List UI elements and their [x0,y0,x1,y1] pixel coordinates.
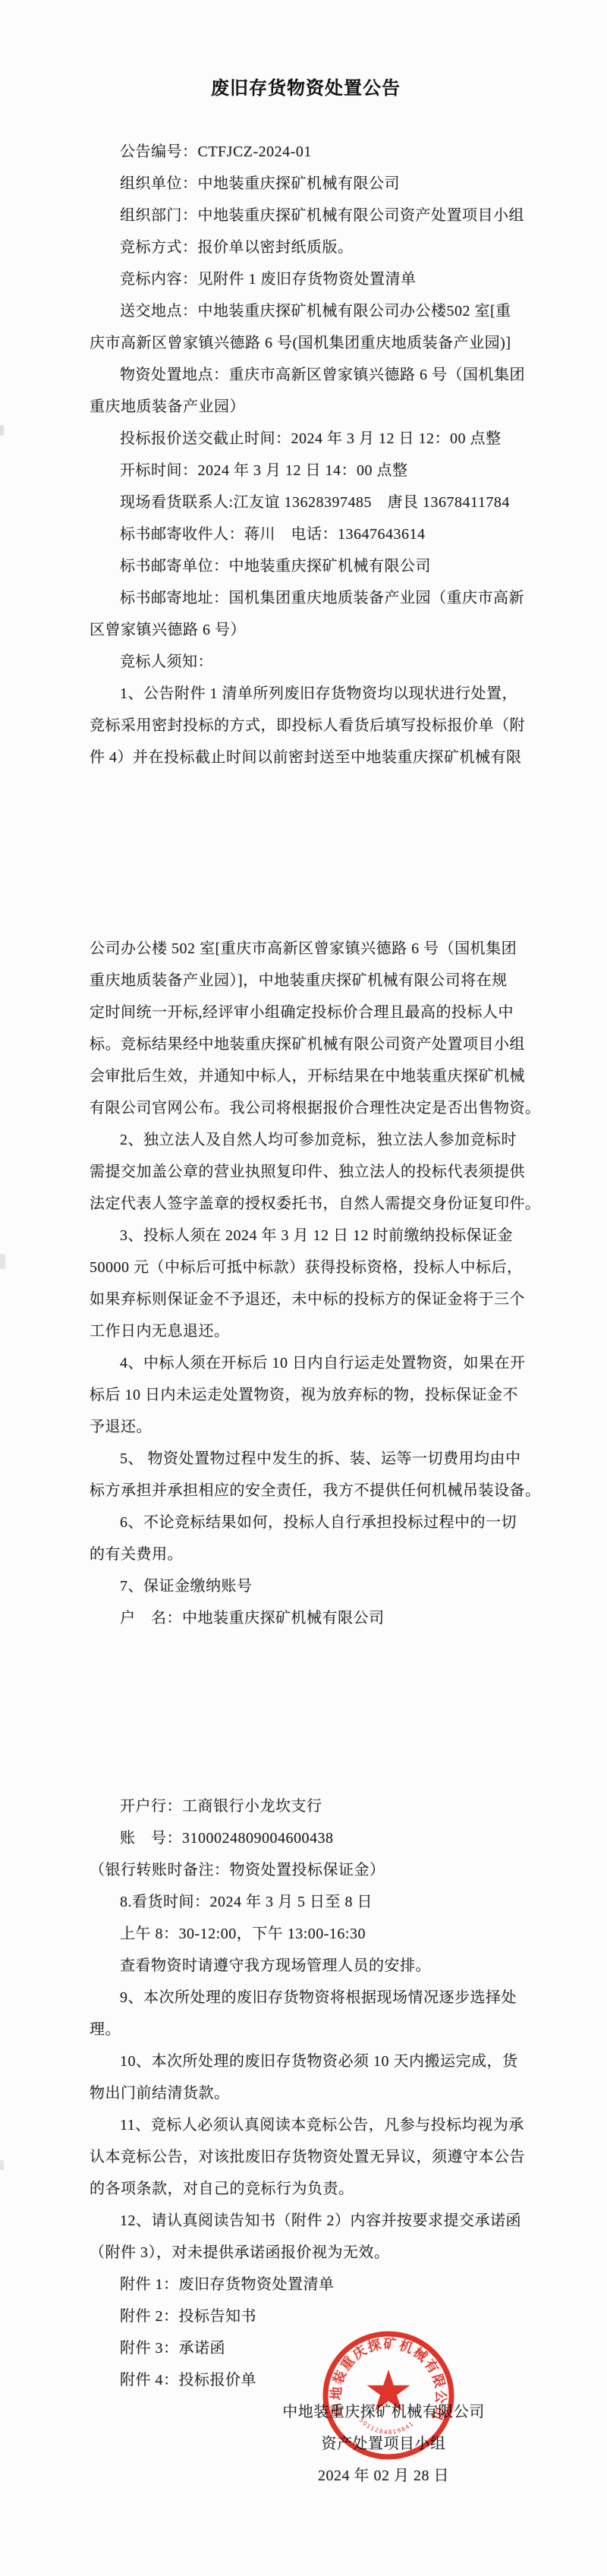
document-line: 竞标内容：见附件 1 废旧存货物资处置清单 [90,263,522,295]
document-title: 废旧存货物资处置公告 [90,73,522,105]
document-line: 重庆地质装备产业园） [90,391,522,423]
document-line: （银行转账时备注：物资处置投标保证金） [90,1854,522,1886]
signature-company: 中地装重庆探矿机械有限公司 [90,2396,522,2428]
document-line: 件 4）并在投标截止时间以前密封送至中地装重庆探矿机械有限 [90,742,522,773]
document-line: 竞标方式：报价单以密封纸质版。 [90,231,522,263]
document-line: 标书邮寄单位：中地装重庆探矿机械有限公司 [90,550,522,582]
document-line: 物出门前结清货款。 [90,2077,522,2109]
document-line: 物资处置地点：重庆市高新区曾家镇兴德路 6 号（国机集团 [90,359,522,391]
document-line: 公告编号：CTFJCZ-2024-01 [90,136,522,168]
seal-graphic: 中地装重庆探矿机械有限公司 5011284819841 [320,2330,457,2464]
document-line: 会审批后生效，并通知中标人，开标结果在中地装重庆探矿机械 [90,1060,522,1092]
document-line: 户 名：中地装重庆探矿机械有限公司 [90,1602,522,1634]
document-line: 认本竞标公告，对该批废旧存货物资处置无异议，须遵守本公告 [90,2141,522,2173]
document-line: 账 号：3100024809004600438 [90,1822,522,1854]
document-line: 需提交加盖公章的营业执照复印件、独立法人的投标代表须提供 [90,1156,522,1188]
attachment-item-4: 附件 4：投标报价单 [90,2364,522,2396]
document-line: 法定代表人签字盖章的授权委托书，自然人需提交身份证复印件。 [90,1188,522,1220]
document-line: 标方承担并承担相应的安全责任，我方不提供任何机械吊装设备。 [90,1475,522,1507]
document-line: 9、本次所处理的废旧存货物资将根据现场情况逐步选择处 [90,1982,522,2014]
document-line: 组织单位：中地装重庆探矿机械有限公司 [90,168,522,200]
document-line: 8.看货时间：2024 年 3 月 5 日至 8 日 [90,1886,522,1918]
document-line: 有限公司官网公布。我公司将根据报价合理性决定是否出售物资。 [90,1092,522,1124]
document-line: 查看物资时请遵守我方现场管理人员的安排。 [90,1950,522,1982]
seal-star-icon [367,2370,410,2411]
document-line: 5、 物资处置物过程中发生的拆、装、运等一切费用均由中 [90,1443,522,1475]
document-line: 1、公告附件 1 清单所列废旧存货物资均以现状进行处置， [90,678,522,710]
document-line: 组织部门：中地装重庆探矿机械有限公司资产处置项目小组 [90,200,522,231]
attachment-item-1: 附件 1：废旧存货物资处置清单 [90,2269,522,2300]
document-line: 4、中标人须在开标后 10 日内自行运走处置物资，如果在开 [90,1347,522,1379]
seal-serial-number: 5011284819841 [358,2417,416,2436]
document-line: 重庆地质装备产业园）]，中地装重庆探矿机械有限公司将在规 [90,965,522,997]
document-line: 上午 8：30-12:00，下午 13:00-16:30 [90,1918,522,1950]
document-line: 投标报价送交截止时间：2024 年 3 月 12 日 12：00 点整 [90,423,522,455]
document-line: 区曾家镇兴德路 6 号） [90,614,522,646]
document-line: 竞标人须知： [90,646,522,678]
document-line: 标书邮寄地址：国机集团重庆地质装备产业园（重庆市高新 [90,582,522,614]
document-line: 标书邮寄收件人：蒋川 电话：13647643614 [90,518,522,550]
attachment-item-2: 附件 2：投标告知书 [90,2300,522,2332]
document-line: 理。 [90,2014,522,2045]
document-line: 标。竞标结果经中地装重庆探矿机械有限公司资产处置项目小组 [90,1028,522,1060]
document-line: 的有关费用。 [90,1538,522,1570]
document-line: 公司办公楼 502 室[重庆市高新区曾家镇兴德路 6 号（国机集团 [90,933,522,965]
document-line: 工作日内无息退还。 [90,1315,522,1347]
attachment-item-3: 附件 3：承诺函 [90,2332,522,2364]
document-body: 废旧存货物资处置公告 公告编号：CTFJCZ-2024-01组织单位：中地装重庆… [0,0,607,2492]
document-line: 予退还。 [90,1411,522,1443]
document-line: 2、独立法人及自然人均可参加竞标，独立法人参加竞标时 [90,1124,522,1156]
document-line: 开户行：工商银行小龙坎支行 [90,1790,522,1822]
signature-date: 2024 年 02 月 28 日 [90,2460,522,2492]
document-line: 10、本次所处理的废旧存货物资必须 10 天内搬运完成，货 [90,2045,522,2077]
document-line: 标后 10 日内未运走处置物资，视为放弃标的物，投标保证金不 [90,1379,522,1411]
document-line: 定时间统一开标,经评审小组确定投标价合理且最高的投标人中 [90,997,522,1028]
document-line: 现场看货联系人:江友谊 13628397485 唐艮 13678411784 [90,487,522,518]
company-seal-stamp: 中地装重庆探矿机械有限公司 5011284819841 [320,2330,457,2464]
document-line: 6、不论竞标结果如何，投标人自行承担投标过程中的一切 [90,1507,522,1538]
document-line: 送交地点：中地装重庆探矿机械有限公司办公楼502 室[重 [90,295,522,327]
document-line: 如果弃标则保证金不予退还，未中标的投标方的保证金将于三个 [90,1283,522,1315]
document-line: （附件 3），对未提供承诺函报价视为无效。 [90,2237,522,2269]
scanned-notice-page: 废旧存货物资处置公告 公告编号：CTFJCZ-2024-01组织单位：中地装重庆… [0,0,607,2576]
document-line: 竞标采用密封投标的方式，即投标人看货后填写投标报价单（附 [90,710,522,742]
document-line: 7、保证金缴纳账号 [90,1570,522,1602]
document-line: 50000 元（中标后可抵中标款）获得投标资格，投标人中标后， [90,1252,522,1283]
document-line: 庆市高新区曾家镇兴德路 6 号(国机集团重庆地质装备产业园)] [90,327,522,359]
document-line: 12、请认真阅读告知书（附件 2）内容并按要求提交承诺函 [90,2205,522,2237]
document-line: 开标时间：2024 年 3 月 12 日 14：00 点整 [90,455,522,487]
signature-department: 资产处置项目小组 [90,2428,522,2460]
document-line: 3、投标人须在 2024 年 3 月 12 日 12 时前缴纳投标保证金 [90,1220,522,1252]
document-line: 11、竞标人必须认真阅读本竞标公告，凡参与投标均视为承 [90,2109,522,2141]
document-line: 的各项条款，对自己的竞标行为负责。 [90,2173,522,2205]
